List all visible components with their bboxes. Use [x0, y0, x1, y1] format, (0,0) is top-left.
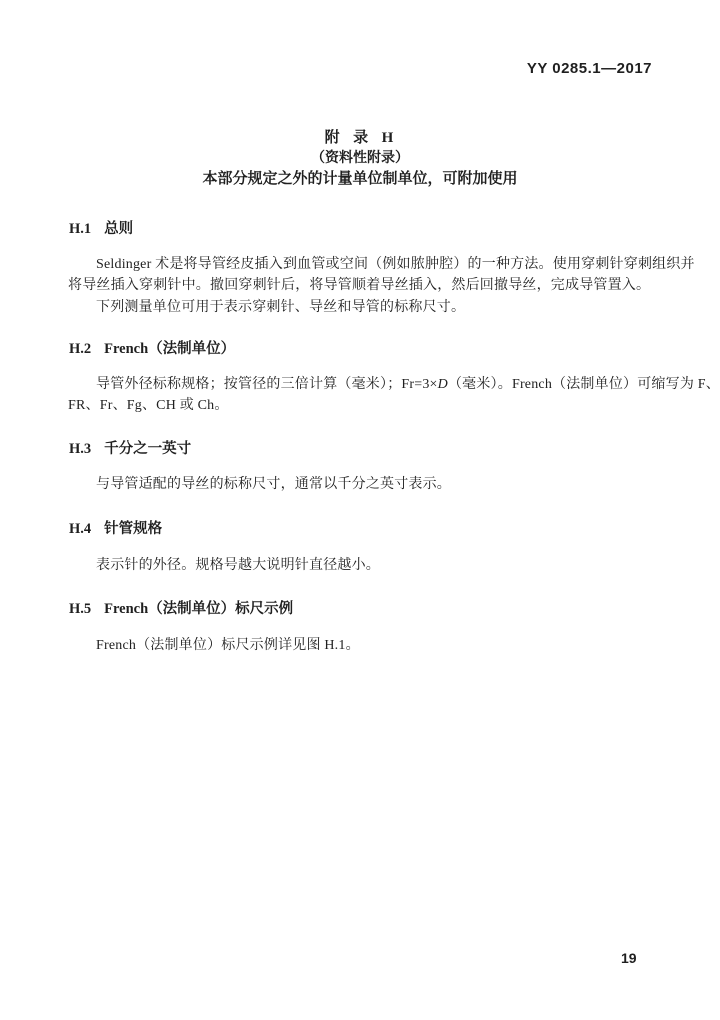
- formula-variable-d: D: [438, 377, 448, 392]
- page-number: 19: [621, 950, 637, 966]
- document-page: YY 0285.1—2017 附 录 H （资料性附录） 本部分规定之外的计量单…: [0, 0, 720, 1020]
- section-number: H.3: [69, 441, 91, 457]
- paragraph-line: 下列测量单位可用于表示穿刺针、导丝和导管的标称尺寸。: [96, 300, 465, 315]
- section-title: French（法制单位）标尺示例: [104, 601, 293, 617]
- section-title: 针管规格: [104, 521, 162, 537]
- section-heading-h3: H.3千分之一英寸: [69, 437, 191, 458]
- paragraph-line: 与导管适配的导丝的标称尺寸，通常以千分之英寸表示。: [96, 477, 451, 492]
- appendix-description: 本部分规定之外的计量单位制单位，可附加使用: [0, 167, 720, 188]
- section-number: H.1: [69, 221, 91, 237]
- appendix-title: 附 录 H: [0, 126, 720, 147]
- paragraph-line: 导管外径标称规格；按管径的三倍计算（毫米）；Fr=3×D（毫米）。French（…: [96, 377, 720, 392]
- section-heading-h4: H.4针管规格: [69, 517, 162, 538]
- formula-text: （毫米）。French（法制单位）可缩写为 F、: [448, 377, 720, 392]
- standard-number: YY 0285.1—2017: [527, 60, 652, 77]
- paragraph-line: 表示针的外径。规格号越大说明针直径越小。: [96, 558, 380, 573]
- paragraph-line: French（法制单位）标尺示例详见图 H.1。: [96, 638, 360, 653]
- formula-text: 导管外径标称规格；按管径的三倍计算（毫米）；Fr=3×: [96, 377, 438, 392]
- section-heading-h1: H.1总则: [69, 217, 133, 238]
- paragraph-line: 将导丝插入穿刺针中。撤回穿刺针后，将导管顺着导丝插入，然后回撤导丝，完成导管置入…: [68, 278, 650, 293]
- paragraph-line: FR、Fr、Fg、CH 或 Ch。: [68, 398, 229, 413]
- appendix-subtitle: （资料性附录）: [0, 147, 720, 167]
- section-number: H.2: [69, 341, 91, 357]
- section-heading-h2: H.2French（法制单位）: [69, 337, 235, 358]
- section-number: H.5: [69, 601, 91, 617]
- section-title: 千分之一英寸: [104, 441, 191, 457]
- paragraph-line: Seldinger 术是将导管经皮插入到血管或空间（例如脓肿腔）的一种方法。使用…: [96, 257, 695, 272]
- section-number: H.4: [69, 521, 91, 537]
- section-title: French（法制单位）: [104, 341, 235, 357]
- section-title: 总则: [104, 221, 133, 237]
- section-heading-h5: H.5French（法制单位）标尺示例: [69, 597, 293, 618]
